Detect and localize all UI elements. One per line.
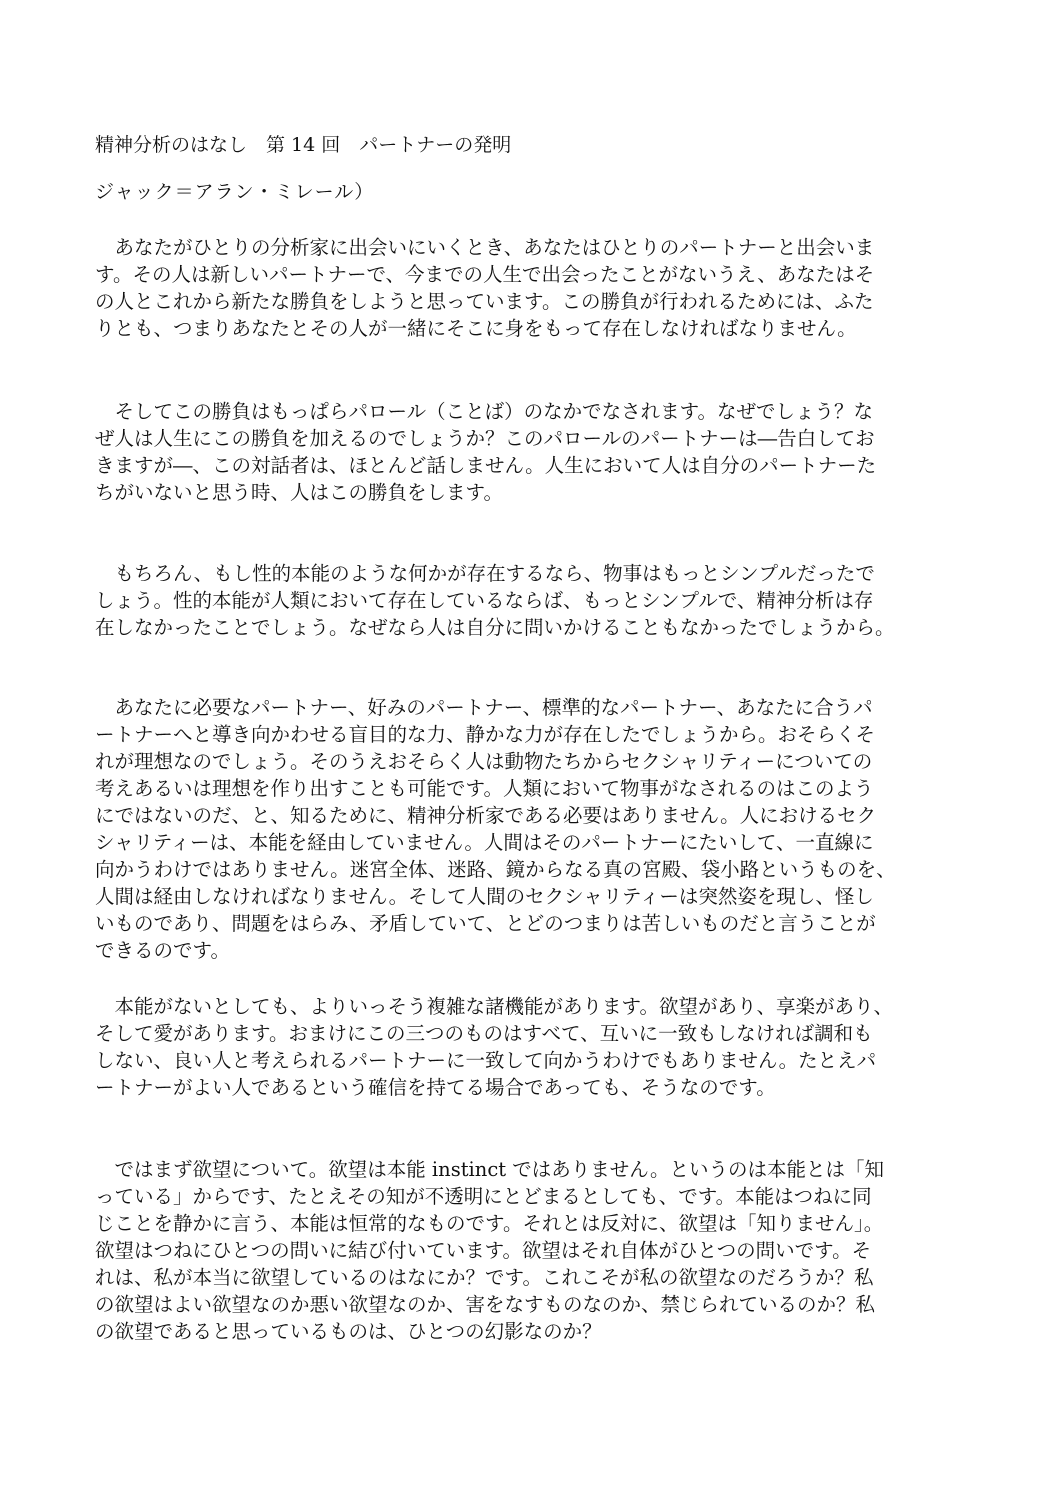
paragraph-line: れは、私が本当に欲望しているのはなにか？です。これこそが私の欲望なのだろうか？私 bbox=[95, 1264, 967, 1291]
paragraph-line: ではまず欲望について。欲望は本能 instinct ではありません。というのは本… bbox=[95, 1156, 967, 1183]
paragraph-line: ートナーへと導き向かわせる盲目的な力、静かな力が存在したでしょうから。おそらくそ bbox=[95, 721, 967, 748]
paragraph-line: 向かうわけではありません。迷宮全体、迷路、鏡からなる真の宮殿、袋小路というものを… bbox=[95, 856, 967, 883]
paragraph-3: もちろん、もし性的本能のような何かが存在するなら、物事はもっとシンプルだったで … bbox=[95, 560, 967, 641]
paragraph-line: じことを静かに言う、本能は恒常的なものです。それとは反対に、欲望は「知りません」… bbox=[95, 1210, 967, 1237]
paragraph-line: できるのです。 bbox=[95, 937, 967, 964]
paragraph-line: そしてこの勝負はもっぱらパロール（ことば）のなかでなされます。なぜでしょう？な bbox=[95, 398, 967, 425]
paragraph-line: にではないのだ、と、知るために、精神分析家である必要はありません。人におけるセク bbox=[95, 802, 967, 829]
paragraph-line: あなたに必要なパートナー、好みのパートナー、標準的なパートナー、あなたに合うパ bbox=[95, 694, 967, 721]
paragraph-line: っている」からです、たとえその知が不透明にとどまるとしても、です。本能はつねに同 bbox=[95, 1183, 967, 1210]
paragraph-line: 欲望はつねにひとつの問いに結び付いています。欲望はそれ自体がひとつの問いです。そ bbox=[95, 1237, 967, 1264]
document-author: ジャック＝アラン・ミレール） bbox=[95, 177, 374, 204]
paragraph-line: 在しなかったことでしょう。なぜなら人は自分に問いかけることもなかったでしょうから… bbox=[95, 614, 967, 641]
paragraph-5: 本能がないとしても、よりいっそう複雑な諸機能があります。欲望があり、享楽があり、… bbox=[95, 993, 967, 1101]
paragraph-line: の欲望であると思っているものは、ひとつの幻影なのか？ bbox=[95, 1318, 967, 1345]
paragraph-line: 本能がないとしても、よりいっそう複雑な諸機能があります。欲望があり、享楽があり、 bbox=[95, 993, 967, 1020]
paragraph-line: しょう。性的本能が人類において存在しているならば、もっとシンプルで、精神分析は存 bbox=[95, 587, 967, 614]
paragraph-line: ちがいないと思う時、人はこの勝負をします。 bbox=[95, 479, 967, 506]
paragraph-6: ではまず欲望について。欲望は本能 instinct ではありません。というのは本… bbox=[95, 1156, 967, 1345]
document-title: 精神分析のはなし 第 14 回 パートナーの発明 bbox=[95, 130, 511, 157]
paragraph-4: あなたに必要なパートナー、好みのパートナー、標準的なパートナー、あなたに合うパ … bbox=[95, 694, 967, 964]
paragraph-line: りとも、つまりあなたとその人が一緒にそこに身をもって存在しなければなりません。 bbox=[95, 315, 967, 342]
paragraph-line: れが理想なのでしょう。そのうえおそらく人は動物たちからセクシャリティーについての bbox=[95, 748, 967, 775]
paragraph-line: の人とこれから新たな勝負をしようと思っています。この勝負が行われるためには、ふた bbox=[95, 288, 967, 315]
paragraph-line: しない、良い人と考えられるパートナーに一致して向かうわけでもありません。たとえパ bbox=[95, 1047, 967, 1074]
paragraph-line: そして愛があります。おまけにこの三つのものはすべて、互いに一致もしなければ調和も bbox=[95, 1020, 967, 1047]
paragraph-line: ぜ人は人生にこの勝負を加えるのでしょうか？このパロールのパートナーは―告白してお bbox=[95, 425, 967, 452]
paragraph-line: ートナーがよい人であるという確信を持てる場合であっても、そうなのです。 bbox=[95, 1074, 967, 1101]
paragraph-line: あなたがひとりの分析家に出会いにいくとき、あなたはひとりのパートナーと出会いま bbox=[95, 234, 967, 261]
paragraph-line: きますが―、この対話者は、ほとんど話しません。人生において人は自分のパートナーた bbox=[95, 452, 967, 479]
paragraph-line: もちろん、もし性的本能のような何かが存在するなら、物事はもっとシンプルだったで bbox=[95, 560, 967, 587]
paragraph-line: シャリティーは、本能を経由していません。人間はそのパートナーにたいして、一直線に bbox=[95, 829, 967, 856]
paragraph-line: す。その人は新しいパートナーで、今までの人生で出会ったことがないうえ、あなたはそ bbox=[95, 261, 967, 288]
paragraph-2: そしてこの勝負はもっぱらパロール（ことば）のなかでなされます。なぜでしょう？な … bbox=[95, 398, 967, 506]
paragraph-line: 考えあるいは理想を作り出すことも可能です。人類において物事がなされるのはこのよう bbox=[95, 775, 967, 802]
paragraph-1: あなたがひとりの分析家に出会いにいくとき、あなたはひとりのパートナーと出会いま … bbox=[95, 234, 967, 342]
paragraph-line: の欲望はよい欲望なのか悪い欲望なのか、害をなすものなのか、禁じられているのか？私 bbox=[95, 1291, 967, 1318]
paragraph-line: 人間は経由しなければなりません。そして人間のセクシャリティーは突然姿を現し、怪し bbox=[95, 883, 967, 910]
paragraph-line: いものであり、問題をはらみ、矛盾していて、とどのつまりは苦しいものだと言うことが bbox=[95, 910, 967, 937]
